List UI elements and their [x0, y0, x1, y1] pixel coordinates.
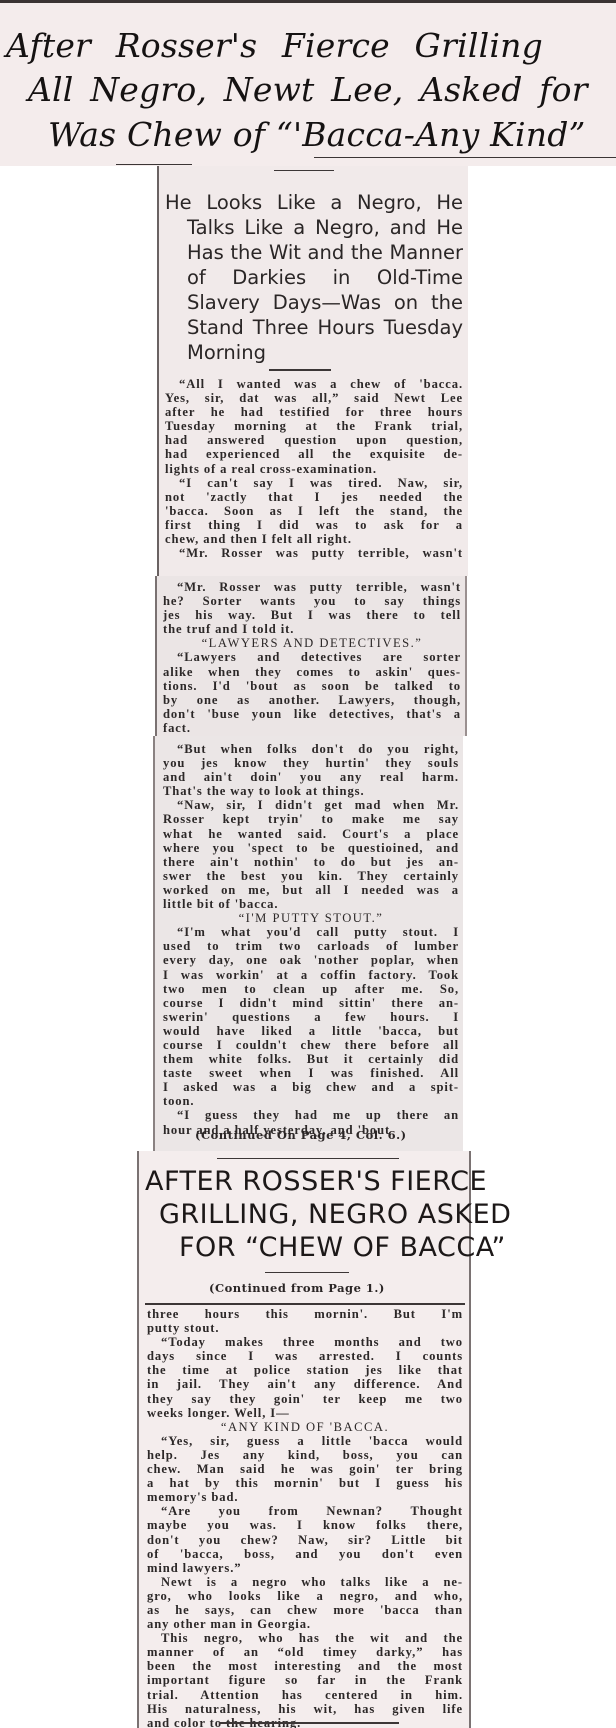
text-line: “Are you from Newnan? Thought [147, 1504, 463, 1518]
text-line: I was workin' at a coffin factory. Took [163, 968, 459, 982]
text-line: “I'M PUTTY STOUT.” [163, 911, 459, 925]
text-line: you jes know they hurtin' they souls [163, 756, 459, 770]
text-line: important figure so far in the Frank [147, 1673, 463, 1687]
text-line: not 'zactly that I jes needed the [165, 490, 463, 504]
text-line: toon. [163, 1094, 459, 1108]
text-line: they say they goin' ter keep me two [147, 1392, 463, 1406]
divider [274, 170, 334, 171]
text-line: every day, one oak 'nother poplar, when [163, 953, 459, 967]
text-line: His naturalness, his wit, has given life [147, 1702, 463, 1716]
text-line: “I'm what you'd call putty stout. I [163, 925, 459, 939]
text-line: he? Sorter wants you to say things [163, 594, 461, 608]
continuation-headline-line: FOR “CHEW OF BACCA” [145, 1231, 467, 1264]
text-line: and ain't doin' you any real harm. [163, 770, 459, 784]
text-line: maybe you was. I know folks there, [147, 1518, 463, 1532]
text-line: “But when folks don't do you right, [163, 742, 459, 756]
headline-line-2: All Negro, Newt Lee, Asked for [28, 69, 588, 111]
text-line: 'bacca. Soon as I left the stand, the [165, 504, 463, 518]
text-line: there ain't nothin' to do but jes an- [163, 855, 459, 869]
divider [116, 164, 192, 165]
text-line: two men to clean up after me. So, [163, 982, 459, 996]
text-line: used to trim two carloads of lumber [163, 939, 459, 953]
subheadline: He Looks Like a Negro, He Talks Like a N… [165, 190, 463, 365]
continuation-headline-line: GRILLING, NEGRO ASKED [145, 1198, 467, 1231]
text-line: gro, who looks like a negro, and who, [147, 1589, 463, 1603]
text-line: weeks longer. Well, I— [147, 1406, 463, 1420]
text-line: jes his way. But I was there to tell [163, 608, 461, 622]
text-line: a hat by this mornin' but I guess his [147, 1476, 463, 1490]
text-line: This negro, who has the wit and the [147, 1631, 463, 1645]
text-line: where you 'spect to be questioined, and [163, 841, 459, 855]
text-line: memory's bad. [147, 1490, 463, 1504]
text-line: days since I was arrested. I counts [147, 1349, 463, 1363]
text-line: I asked was a big chew and a spit- [163, 1080, 459, 1094]
text-line: don't you chew? Naw, sir? Little bit [147, 1533, 463, 1547]
text-line: “Naw, sir, I didn't get mad when Mr. [163, 798, 459, 812]
divider [145, 1303, 465, 1305]
text-line: Rosser kept tryin' to make me say [163, 812, 459, 826]
article-body: “Mr. Rosser was putty terrible, wasn'the… [163, 580, 461, 735]
subheadline-line: Talks Like a Negro, and He [165, 215, 463, 240]
article-body: three hours this mornin'. But I'mputty s… [147, 1307, 463, 1728]
subheadline-line: Slavery Days—Was on the [165, 290, 463, 315]
text-line: chew, and then I felt all right. [165, 532, 463, 546]
text-line: fact. [163, 721, 461, 735]
headline-clipping: After Rosser's Fierce Grilling All Negro… [0, 0, 616, 166]
text-line: “I guess they had me up there an [163, 1108, 459, 1122]
text-line: help. Jes any kind, boss, you can [147, 1448, 463, 1462]
text-line: Yes, sir, dat was all,” said Newt Lee [165, 391, 463, 405]
continuation-headline: AFTER ROSSER'S FIERCE GRILLING, NEGRO AS… [145, 1165, 467, 1264]
text-line: swer the best you kin. They certainly [163, 869, 459, 883]
text-line: “Mr. Rosser was putty terrible, wasn't [163, 580, 461, 594]
text-line: three hours this mornin'. But I'm [147, 1307, 463, 1321]
text-line: taste sweet when I was finished. All [163, 1066, 459, 1080]
text-line: in jail. They ain't any difference. And [147, 1377, 463, 1391]
text-line: alike when they comes to askin' ques- [163, 665, 461, 679]
text-line: the truf and I told it. [163, 622, 461, 636]
text-line: putty stout. [147, 1321, 463, 1335]
subheadline-line: Has the Wit and the Manner [165, 240, 463, 265]
text-line: That's the way to look at things. [163, 784, 459, 798]
divider [269, 369, 331, 371]
continued-note: (Continued On Page 4, Col. 6.) [195, 1128, 407, 1142]
text-line: been the most interesting and the most [147, 1659, 463, 1673]
text-line: “Lawyers and detectives are sorter [163, 650, 461, 664]
continued-from-note: (Continued from Page 1.) [209, 1281, 385, 1295]
text-line: had experienced all the exquisite de- [165, 447, 463, 461]
text-line: after he had testified for three hours [165, 405, 463, 419]
text-line: Newt is a negro who talks like a ne- [147, 1575, 463, 1589]
text-line: lights of a real cross-examination. [165, 462, 463, 476]
divider [314, 157, 616, 158]
text-line: any other man in Georgia. [147, 1617, 463, 1631]
article-clipping-2: “Mr. Rosser was putty terrible, wasn'the… [155, 576, 467, 736]
continuation-clipping: AFTER ROSSER'S FIERCE GRILLING, NEGRO AS… [137, 1151, 471, 1728]
text-line: “LAWYERS AND DETECTIVES.” [163, 636, 461, 650]
text-line: tions. I'd 'bout as soon be talked to [163, 679, 461, 693]
text-line: what he wanted said. Court's a place [163, 827, 459, 841]
text-line: manner of an “old timey darky,” has [147, 1645, 463, 1659]
divider [217, 1158, 399, 1159]
article-body: “All I wanted was a chew of 'bacca.Yes, … [165, 377, 463, 560]
text-line: had answered question upon question, [165, 433, 463, 447]
text-line: would have liked a little 'bacca, but [163, 1024, 459, 1038]
text-line: Tuesday morning at the Frank trial, [165, 419, 463, 433]
text-line: by one as another. Lawyers, though, [163, 693, 461, 707]
article-clipping-3: “But when folks don't do you right,you j… [153, 736, 463, 1151]
text-line: mind lawyers.” [147, 1561, 463, 1575]
text-line: “All I wanted was a chew of 'bacca. [165, 377, 463, 391]
text-line: “Mr. Rosser was putty terrible, wasn't [165, 546, 463, 560]
article-body: “But when folks don't do you right,you j… [163, 742, 459, 1137]
divider [265, 1272, 349, 1273]
text-line: “I can't say I was tired. Naw, sir, [165, 476, 463, 490]
text-line: course I couldn't chew there before all [163, 1038, 459, 1052]
text-line: as he says, can chew more 'bacca than [147, 1603, 463, 1617]
text-line: “Yes, sir, guess a little 'bacca would [147, 1434, 463, 1448]
text-line: don't 'buse youn like detectives, that's… [163, 707, 461, 721]
text-line: trial. Attention has centered in him. [147, 1688, 463, 1702]
article-clipping-1: He Looks Like a Negro, He Talks Like a N… [157, 166, 468, 576]
text-line: little bit of 'bacca. [163, 897, 459, 911]
text-line: first thing I did was to ask for a [165, 518, 463, 532]
headline-line-3: Was Chew of “'Bacca-Any Kind” [48, 114, 586, 156]
subheadline-line: Morning [165, 340, 463, 365]
text-line: worked on me, but all I needed was a [163, 883, 459, 897]
text-line: “Today makes three months and two [147, 1335, 463, 1349]
text-line: of 'bacca, boss, and you don't even [147, 1547, 463, 1561]
subheadline-line: Stand Three Hours Tuesday [165, 315, 463, 340]
text-line: “ANY KIND OF 'BACCA. [147, 1420, 463, 1434]
text-line: chew. Man said he was goin' ter bring [147, 1462, 463, 1476]
subheadline-line: He Looks Like a Negro, He [165, 190, 463, 215]
text-line: course I didn't mind sittin' there an- [163, 996, 459, 1010]
text-line: the time at police station jes like that [147, 1363, 463, 1377]
continuation-headline-line: AFTER ROSSER'S FIERCE [145, 1165, 467, 1198]
text-line: swerin' questions a few hours. I [163, 1010, 459, 1024]
text-line: them white folks. But it certainly did [163, 1052, 459, 1066]
subheadline-line: of Darkies in Old-Time [165, 265, 463, 290]
headline-line-1: After Rosser's Fierce Grilling [6, 25, 543, 67]
divider [219, 1722, 399, 1724]
